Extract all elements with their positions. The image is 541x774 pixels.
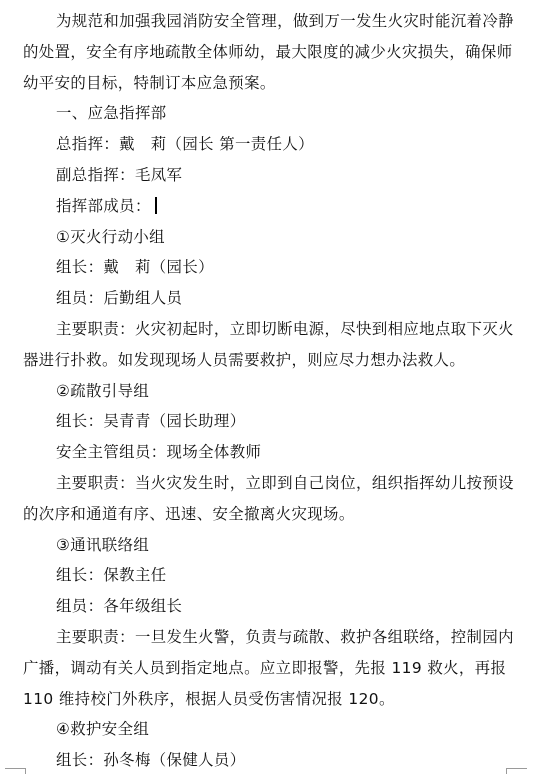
command-members-label: 指挥部成员： [56, 197, 151, 215]
intro-paragraph: 为规范和加强我园消防安全管理，做到万一发生火灾时能沉着冷静的处置，安全有序地疏散… [23, 6, 523, 98]
firefighting-duties-paragraph: 主要职责：火灾初起时，立即切断电源，尽快到相应地点取下灭火器进行扑救。如发现现场… [23, 314, 523, 376]
evacuation-duties-paragraph: 主要职责：当火灾发生时，立即到自己岗位，组织指挥幼儿按预设的次序和通道有序、迅速… [23, 468, 523, 530]
document-body[interactable]: 为规范和加强我园消防安全管理，做到万一发生火灾时能沉着冷静的处置，安全有序地疏散… [23, 6, 523, 774]
document-page[interactable]: 为规范和加强我园消防安全管理，做到万一发生火灾时能沉着冷静的处置，安全有序地疏散… [0, 0, 541, 774]
firefighting-members-line: 组员：后勤组人员 [23, 283, 523, 314]
group-heading-communication: ③通讯联络组 [23, 530, 523, 561]
group-heading-rescue: ④救护安全组 [23, 714, 523, 745]
firefighting-leader-line: 组长：戴 莉（园长） [23, 252, 523, 283]
communication-duties-paragraph: 主要职责：一旦发生火警，负责与疏散、救护各组联络，控制园内广播，调动有关人员到指… [23, 622, 523, 714]
communication-members-line: 组员：各年级组长 [23, 591, 523, 622]
rescue-leader-line: 组长：孙冬梅（保健人员） [23, 745, 523, 774]
commander-line: 总指挥：戴 莉（园长 第一责任人） [23, 129, 523, 160]
page-corner-mark-right [506, 768, 527, 774]
evacuation-leader-line: 组长：吴青青（园长助理） [23, 406, 523, 437]
evacuation-members-line: 安全主管组员：现场全体教师 [23, 437, 523, 468]
group-heading-firefighting: ①灭火行动小组 [23, 222, 523, 253]
communication-leader-line: 组长：保教主任 [23, 560, 523, 591]
page-corner-mark-left [5, 768, 26, 774]
group-heading-evacuation: ②疏散引导组 [23, 376, 523, 407]
section-heading-command: 一、应急指挥部 [23, 98, 523, 129]
command-members-line[interactable]: 指挥部成员： [23, 191, 523, 222]
text-cursor [155, 197, 157, 214]
deputy-commander-line: 副总指挥：毛凤军 [23, 160, 523, 191]
